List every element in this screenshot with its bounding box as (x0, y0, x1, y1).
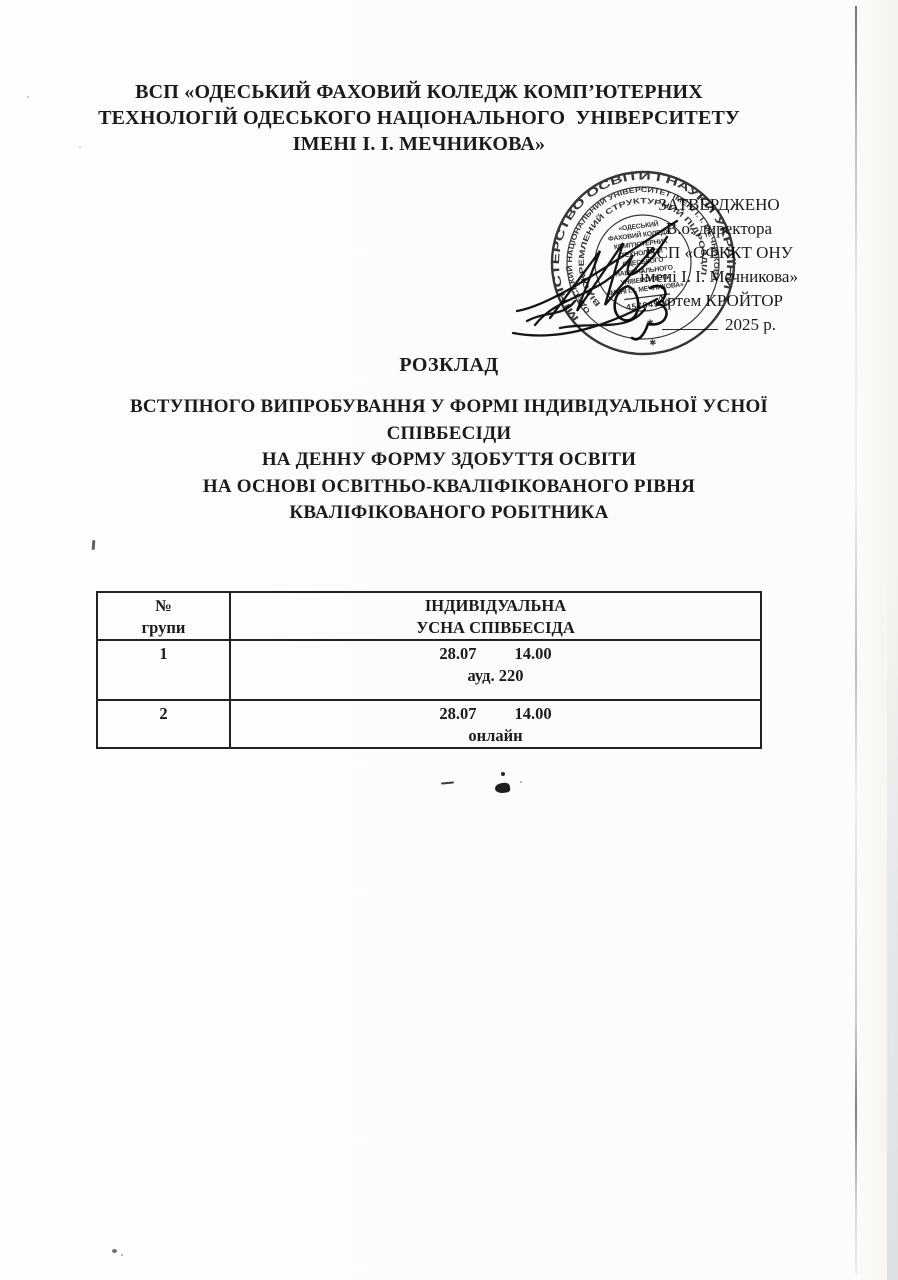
document-subtitle: ВСТУПНОГО ВИПРОБУВАННЯ У ФОРМІ ІНДИВІДУА… (36, 394, 862, 527)
college-name-line: ВСП «ОДЕСЬКИЙ ФАХОВИЙ КОЛЕДЖ КОМП’ЮТЕРНИ… (0, 79, 838, 105)
subtitle-line: НА ДЕННУ ФОРМУ ЗДОБУТТЯ ОСВІТИ (36, 447, 862, 474)
college-name-line: ТЕХНОЛОГІЙ ОДЕСЬКОГО НАЦІОНАЛЬНОГО УНІВЕ… (0, 105, 838, 131)
schedule-table: № групи ІНДИВІДУАЛЬНА УСНА СПІВБЕСІДА 1 … (96, 591, 762, 749)
ink-speck (79, 146, 81, 148)
session-place: онлайн (231, 725, 760, 747)
session-cell: 28.07 14.00 онлайн (230, 700, 761, 748)
college-name-header: ВСП «ОДЕСЬКИЙ ФАХОВИЙ КОЛЕДЖ КОМП’ЮТЕРНИ… (0, 79, 838, 157)
scan-edge-tint (887, 560, 898, 1280)
subtitle-line: ВСТУПНОГО ВИПРОБУВАННЯ У ФОРМІ ІНДИВІДУА… (36, 394, 862, 421)
interview-header-line: ІНДИВІДУАЛЬНА (231, 595, 760, 617)
session-date: 28.07 (439, 703, 476, 725)
group-header-line: групи (98, 617, 229, 639)
ink-speck (441, 781, 454, 785)
table-row: 1 28.07 14.00 ауд. 220 (97, 640, 761, 700)
group-number-cell: 2 (97, 700, 230, 748)
ink-speck (520, 781, 522, 783)
group-header-line: № (98, 595, 229, 617)
session-time: 14.00 (515, 703, 552, 725)
session-place: ауд. 220 (231, 665, 760, 687)
session-time: 14.00 (515, 643, 552, 665)
subtitle-line: НА ОСНОВІ ОСВІТНЬО-КВАЛІФІКОВАНОГО РІВНЯ (36, 474, 862, 501)
ink-speck (112, 1249, 117, 1253)
interview-header-line: УСНА СПІВБЕСІДА (231, 617, 760, 639)
session-cell: 28.07 14.00 ауд. 220 (230, 640, 761, 700)
interview-column-header: ІНДИВІДУАЛЬНА УСНА СПІВБЕСІДА (230, 592, 761, 640)
group-column-header: № групи (97, 592, 230, 640)
table-row: 2 28.07 14.00 онлайн (97, 700, 761, 748)
ink-speck (121, 1254, 123, 1256)
document-page: ВСП «ОДЕСЬКИЙ ФАХОВИЙ КОЛЕДЖ КОМП’ЮТЕРНИ… (0, 0, 898, 1280)
subtitle-line: СПІВБЕСІДИ (36, 421, 862, 448)
ink-speck (494, 782, 510, 794)
ink-speck (27, 96, 29, 98)
ink-speck (501, 772, 505, 776)
scan-line-artifact (855, 6, 857, 1274)
document-title: РОЗКЛАД (0, 354, 898, 377)
session-date: 28.07 (439, 643, 476, 665)
ink-speck (92, 540, 96, 550)
group-number-cell: 1 (97, 640, 230, 700)
session-datetime: 28.07 14.00 (231, 643, 760, 665)
subtitle-line: КВАЛІФІКОВАНОГО РОБІТНИКА (36, 500, 862, 527)
table-header-row: № групи ІНДИВІДУАЛЬНА УСНА СПІВБЕСІДА (97, 592, 761, 640)
session-datetime: 28.07 14.00 (231, 703, 760, 725)
handwritten-digits-icon (598, 268, 693, 353)
